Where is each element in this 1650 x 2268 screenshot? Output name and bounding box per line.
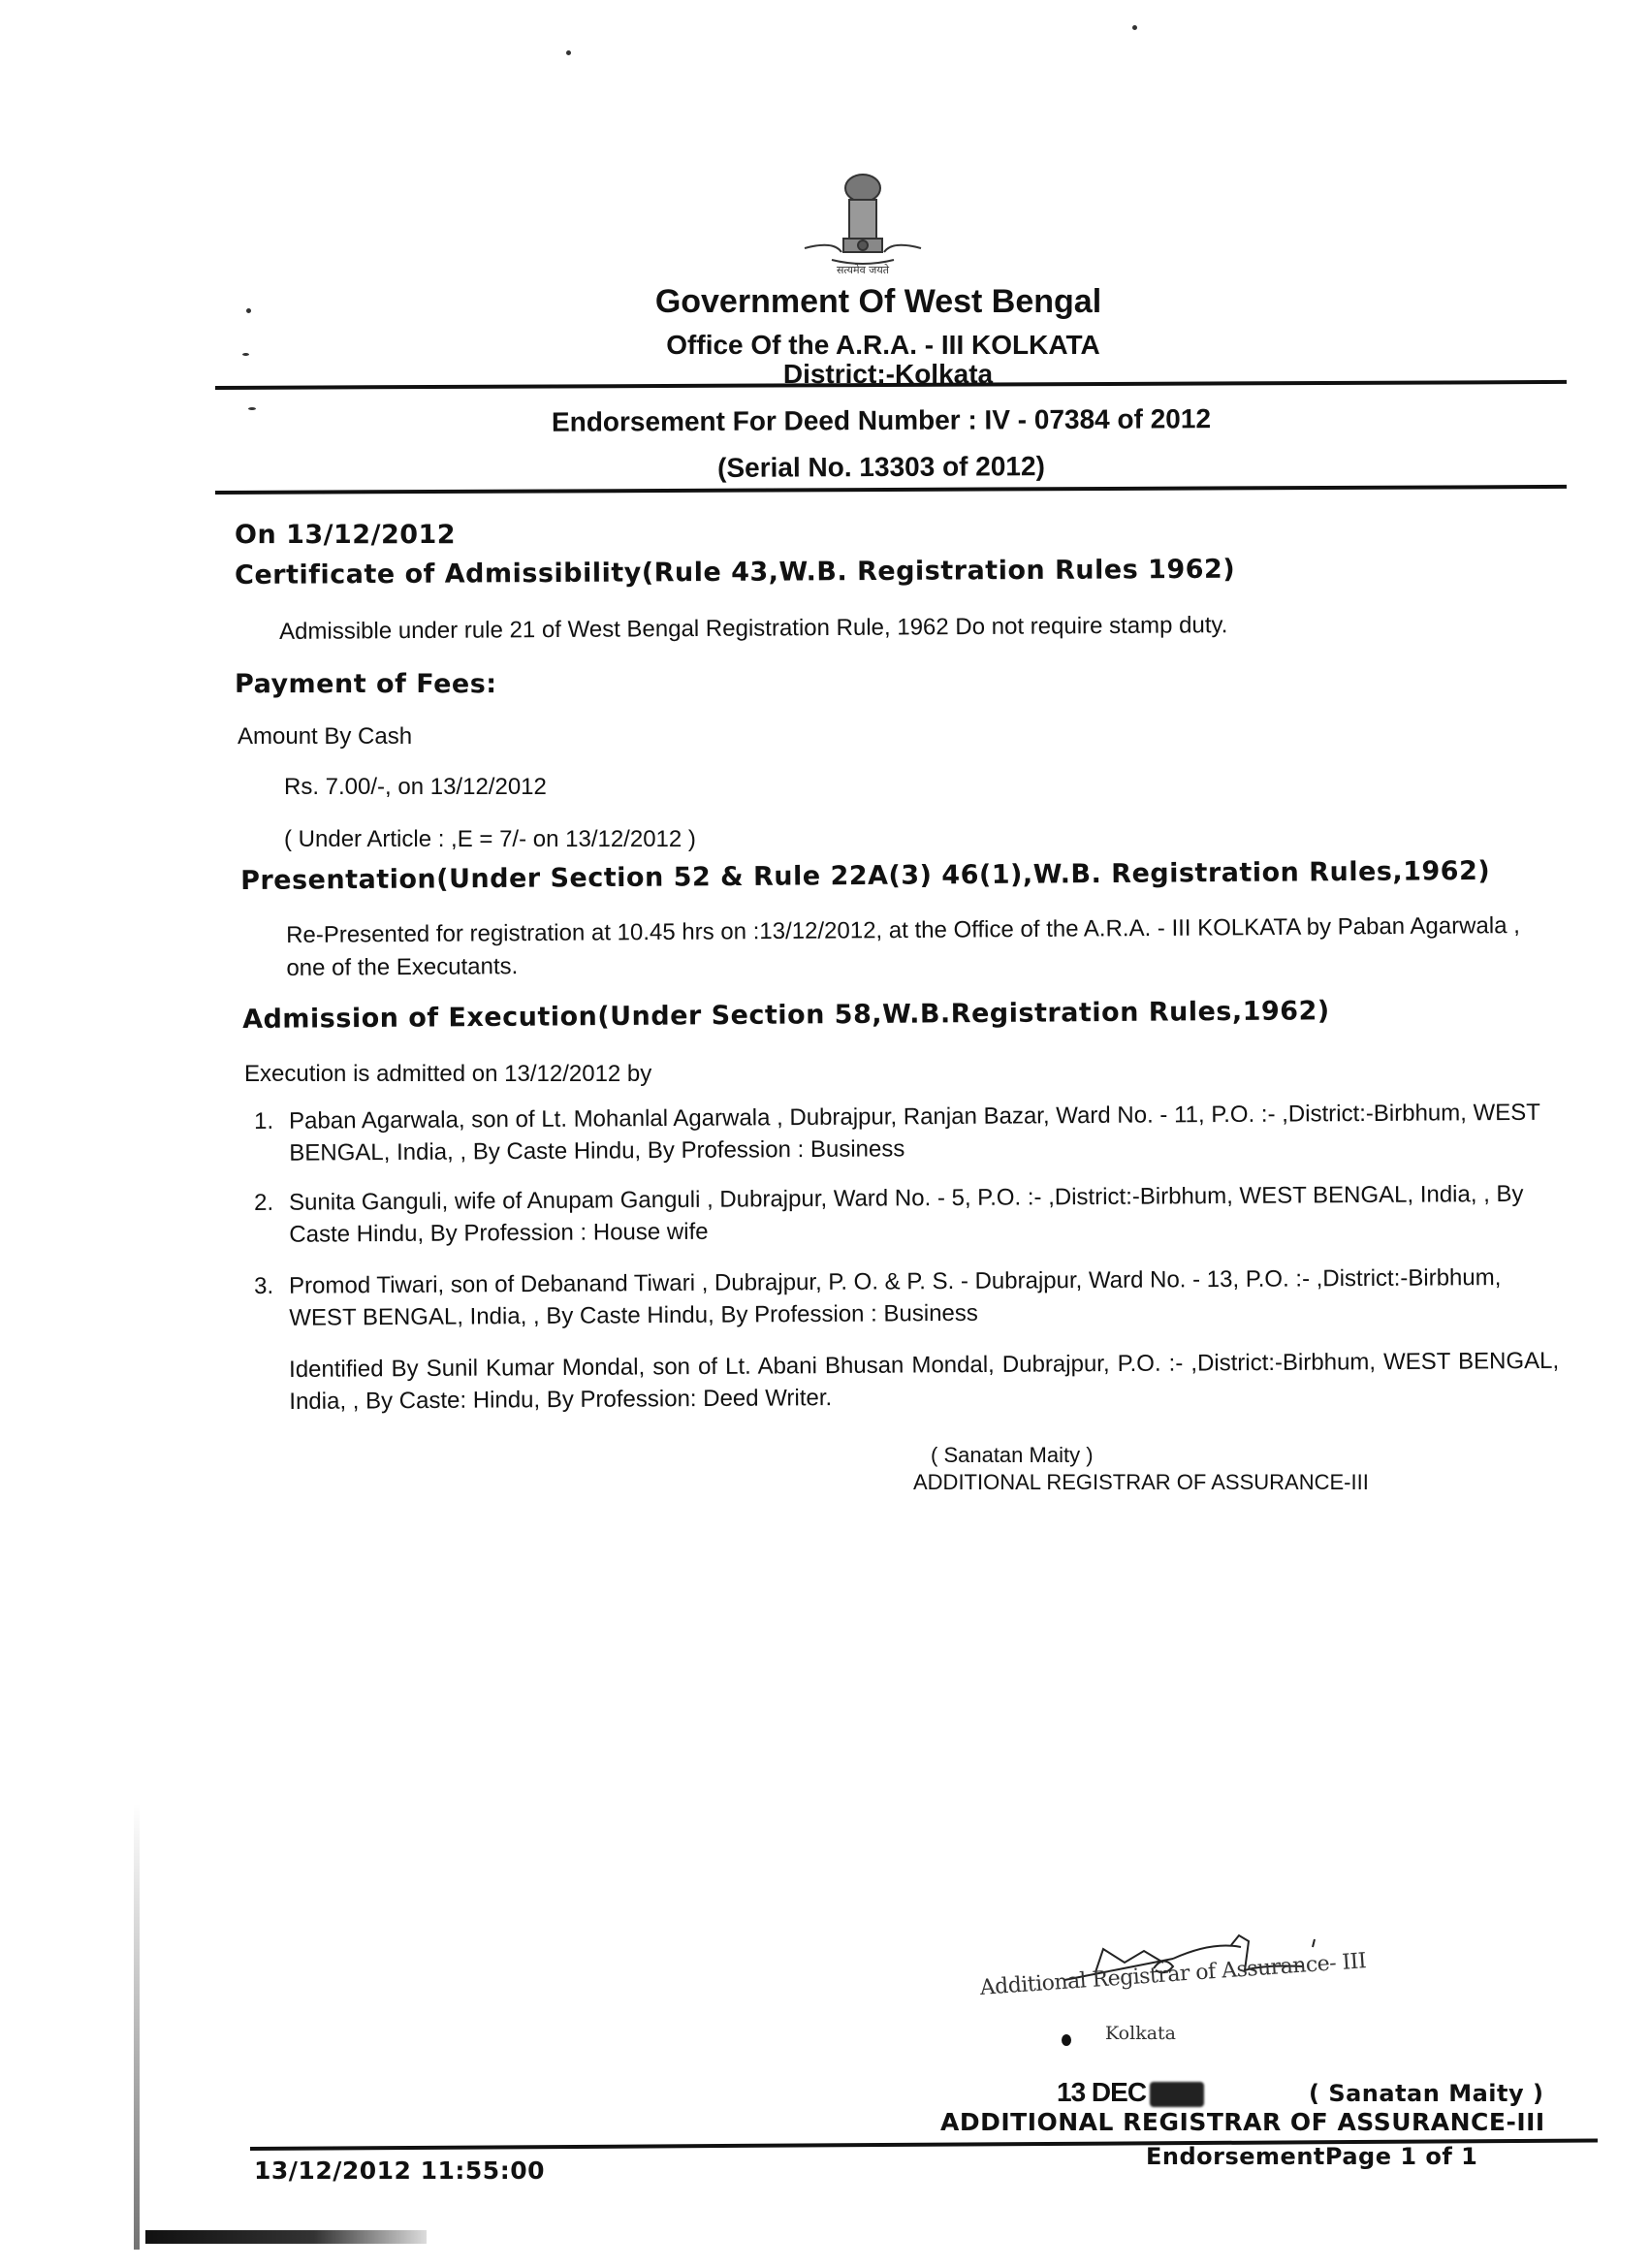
footer-signatory-name: ( Sanatan Maity ): [1309, 2080, 1543, 2107]
date-stamp: 13 DEC: [1057, 2077, 1204, 2108]
footer-timestamp: 13/12/2012 11:55:00: [254, 2156, 545, 2185]
footer-signatory-title: ADDITIONAL REGISTRAR OF ASSURANCE-III: [940, 2108, 1545, 2136]
scan-speck: [1132, 25, 1137, 30]
presentation-text: Re-Presented for registration at 10.45 h…: [286, 910, 1556, 985]
scan-speck: [246, 308, 251, 313]
stamp-smudge: [1150, 2082, 1204, 2107]
endorsement-date: On 13/12/2012: [235, 520, 456, 550]
executant-item: 3. Promod Tiwari, son of Debanand Tiwari…: [254, 1262, 1563, 1334]
header-divider-bottom: [215, 485, 1567, 495]
office-name: Office Of the A.R.A. - III KOLKATA: [58, 330, 1650, 361]
certificate-heading: Certificate of Admissibility(Rule 43,W.B…: [235, 555, 1235, 591]
executant-number: 1.: [254, 1105, 289, 1137]
stamp-dot: [1062, 2034, 1071, 2046]
presentation-heading: Presentation(Under Section 52 & Rule 22A…: [240, 856, 1490, 896]
official-stamp-city: Kolkata: [1105, 2023, 1176, 2044]
payment-method: Amount By Cash: [238, 723, 412, 751]
admission-heading: Admission of Execution(Under Section 58,…: [242, 996, 1330, 1035]
executant-details: Sunita Ganguli, wife of Anupam Ganguli ,…: [289, 1178, 1563, 1251]
scan-speck: [566, 50, 571, 55]
executant-number: 2.: [254, 1187, 289, 1219]
state-emblem-icon: सत्यमेव जयते: [785, 167, 940, 283]
admission-intro: Execution is admitted on 13/12/2012 by: [244, 1061, 651, 1088]
serial-number: (Serial No. 13303 of 2012): [56, 448, 1650, 488]
page-indicator: EndorsementPage 1 of 1: [1146, 2143, 1477, 2170]
scan-artifact: [145, 2230, 427, 2244]
scan-edge: [134, 1804, 140, 2250]
svg-text:सत्यमेव जयते: सत्यमेव जयते: [837, 264, 890, 276]
deed-number: Endorsement For Deed Number : IV - 07384…: [56, 401, 1650, 441]
scan-speck: [248, 407, 256, 410]
date-stamp-text: 13 DEC: [1057, 2077, 1146, 2107]
payment-heading: Payment of Fees:: [235, 669, 497, 699]
executant-details: Paban Agarwala, son of Lt. Mohanlal Agar…: [289, 1097, 1563, 1169]
executant-item: 2. Sunita Ganguli, wife of Anupam Gangul…: [254, 1178, 1563, 1251]
identifier-details: Identified By Sunil Kumar Mondal, son of…: [289, 1345, 1559, 1418]
scan-speck: [242, 353, 249, 356]
signatory-name: ( Sanatan Maity ): [931, 1443, 1094, 1468]
payment-amount: Rs. 7.00/-, on 13/12/2012: [284, 774, 547, 801]
executant-item: 1. Paban Agarwala, son of Lt. Mohanlal A…: [254, 1097, 1563, 1169]
executant-number: 3.: [254, 1270, 289, 1302]
executant-details: Promod Tiwari, son of Debanand Tiwari , …: [289, 1262, 1563, 1334]
signatory-title: ADDITIONAL REGISTRAR OF ASSURANCE-III: [913, 1470, 1369, 1495]
government-title: Government Of West Bengal: [53, 283, 1650, 321]
payment-article: ( Under Article : ,E = 7/- on 13/12/2012…: [284, 826, 696, 853]
certificate-text: Admissible under rule 21 of West Bengal …: [279, 612, 1227, 646]
